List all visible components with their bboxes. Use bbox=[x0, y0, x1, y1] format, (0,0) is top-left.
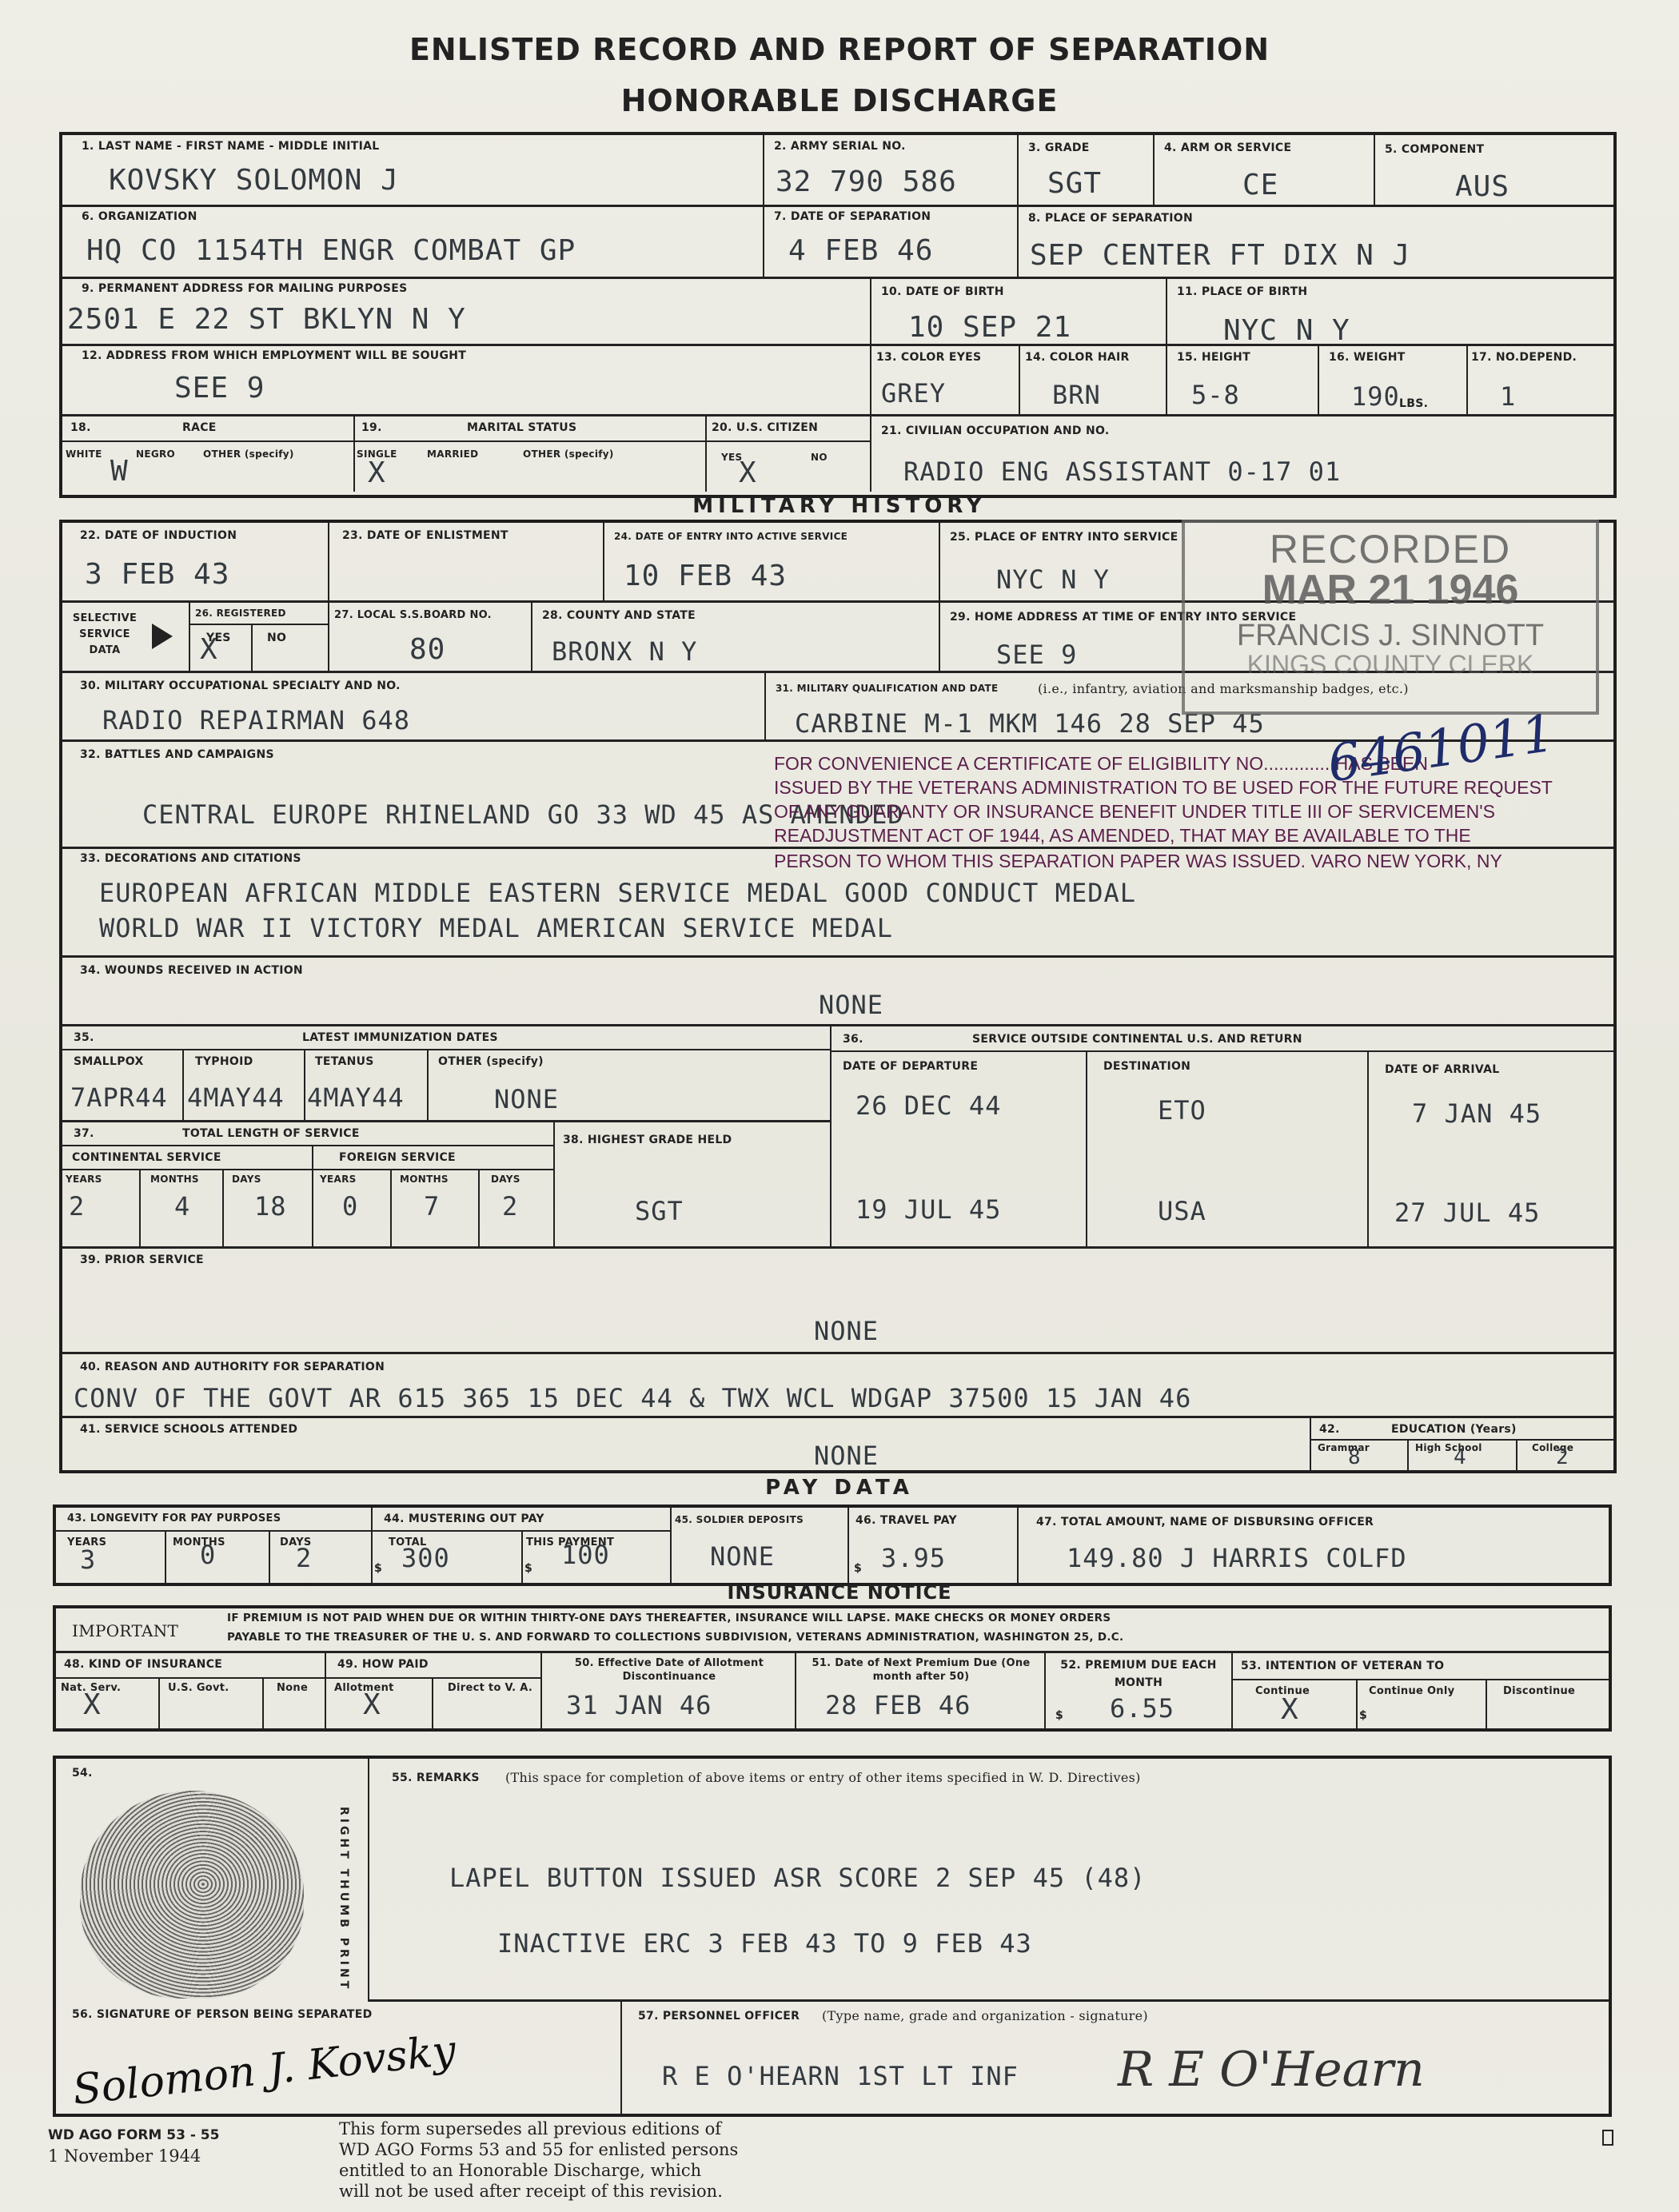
field-38-value: SGT bbox=[635, 1196, 684, 1226]
field-39-prior-service: 39. PRIOR SERVICE NONE bbox=[62, 1249, 1613, 1354]
longevity-days: 2 bbox=[296, 1543, 312, 1573]
foreign-service-heading: FOREIGN SERVICE bbox=[339, 1151, 456, 1164]
field-6-label: 6. ORGANIZATION bbox=[82, 210, 197, 223]
registered-mark: X bbox=[200, 633, 217, 666]
field-14-value: BRN bbox=[1052, 380, 1101, 410]
field-27-value: 80 bbox=[409, 633, 445, 666]
continental-days: 18 bbox=[254, 1191, 287, 1222]
field-40-value: CONV OF THE GOVT AR 615 365 15 DEC 44 & … bbox=[74, 1383, 1191, 1413]
insurance-notice-line-1: IF PREMIUM IS NOT PAID WHEN DUE OR WITHI… bbox=[227, 1612, 1111, 1624]
field-32-label: 32. BATTLES AND CAMPAIGNS bbox=[80, 748, 274, 761]
field-42-label: 42. bbox=[1319, 1423, 1340, 1436]
race-mark: W bbox=[110, 455, 128, 488]
field-35-immunization: 35. LATEST IMMUNIZATION DATES SMALLPOX T… bbox=[62, 1026, 832, 1122]
overseas-arrival-2: 27 JUL 45 bbox=[1394, 1198, 1540, 1228]
immunization-col-other: OTHER (specify) bbox=[438, 1055, 544, 1068]
immunization-tetanus: 4MAY44 bbox=[307, 1082, 405, 1113]
pay-data-box: 43. LONGEVITY FOR PAY PURPOSES YEARS MON… bbox=[53, 1505, 1612, 1586]
overseas-col-departure: DATE OF DEPARTURE bbox=[843, 1060, 978, 1073]
selective-service-data: SELECTIVE SERVICE DATA bbox=[62, 603, 190, 673]
field-6-organization: 6. ORGANIZATION HQ CO 1154TH ENGR COMBAT… bbox=[62, 207, 764, 279]
field-30-value: RADIO REPAIRMAN 648 bbox=[102, 705, 410, 735]
field-24-value: 10 FEB 43 bbox=[624, 560, 787, 592]
field-57-label: 57. PERSONNEL OFFICER bbox=[638, 2010, 800, 2023]
field-57-hint: (Type name, grade and organization - sig… bbox=[822, 2008, 1148, 2023]
selective-service-label: SELECTIVE SERVICE DATA bbox=[69, 611, 141, 659]
field-12-value: SEE 9 bbox=[174, 372, 265, 405]
field-52-premium: 52. PREMIUM DUE EACH MONTH $ 6.55 bbox=[1046, 1653, 1233, 1728]
field-18-label: 18. bbox=[70, 421, 91, 434]
field-13-value: GREY bbox=[881, 378, 946, 409]
field-45-deposits: 45. SOLDIER DEPOSITS NONE bbox=[672, 1508, 849, 1583]
field-31-label: 31. MILITARY QUALIFICATION AND DATE bbox=[776, 683, 998, 694]
field-21-occupation: 21. CIVILIAN OCCUPATION AND NO. RADIO EN… bbox=[871, 416, 1613, 492]
supersede-note-line-3: entitled to an Honorable Discharge, whic… bbox=[339, 2160, 811, 2181]
field-54-thumbprint: 54. RIGHT THUMB PRINT bbox=[56, 1759, 369, 2002]
travel-pay-currency: $ bbox=[854, 1562, 862, 1575]
overseas-departure-2: 19 JUL 45 bbox=[855, 1194, 1001, 1225]
longevity-years: 3 bbox=[80, 1544, 96, 1575]
recorded-stamp-office: KINGS COUNTY CLERK bbox=[1185, 650, 1596, 680]
field-26-registered: 26. REGISTERED YES NO X bbox=[190, 603, 329, 673]
field-22-induction: 22. DATE OF INDUCTION 3 FEB 43 bbox=[62, 523, 329, 603]
field-35-label: 35. bbox=[74, 1031, 94, 1044]
insurance-notice-line-2: PAYABLE TO THE TREASURER OF THE U. S. AN… bbox=[227, 1631, 1123, 1644]
marital-option-other: OTHER (specify) bbox=[523, 448, 614, 460]
field-22-label: 22. DATE OF INDUCTION bbox=[80, 529, 237, 542]
field-41-value: NONE bbox=[814, 1441, 879, 1471]
field-27-label: 27. LOCAL S.S.BOARD NO. bbox=[334, 609, 492, 621]
longevity-months: 0 bbox=[200, 1540, 216, 1570]
field-11-pob: 11. PLACE OF BIRTH NYC N Y bbox=[1167, 279, 1613, 346]
field-28-label: 28. COUNTY AND STATE bbox=[542, 609, 696, 622]
recorded-stamp-name: FRANCIS J. SINNOTT bbox=[1185, 619, 1596, 653]
supersede-note-line-2: WD AGO Forms 53 and 55 for enlisted pers… bbox=[339, 2139, 811, 2160]
mustering-this-payment: 100 bbox=[561, 1540, 610, 1570]
longevity-months-label: MONTHS bbox=[173, 1536, 225, 1548]
field-1-name: 1. LAST NAME - FIRST NAME - MIDDLE INITI… bbox=[62, 135, 764, 207]
field-45-value: NONE bbox=[710, 1541, 775, 1572]
field-48-kind: 48. KIND OF INSURANCE Nat. Serv. U.S. Go… bbox=[56, 1653, 326, 1728]
intention-option-discontinue: Discontinue bbox=[1503, 1685, 1575, 1697]
education-grammar: 8 bbox=[1348, 1445, 1362, 1469]
field-24-active-service: 24. DATE OF ENTRY INTO ACTIVE SERVICE 10… bbox=[604, 523, 940, 603]
field-47-value: 149.80 J HARRIS COLFD bbox=[1067, 1543, 1407, 1573]
field-22-value: 3 FEB 43 bbox=[85, 558, 229, 591]
overseas-departure-1: 26 DEC 44 bbox=[855, 1090, 1001, 1121]
field-17-dependents: 17. NO.DEPEND. 1 bbox=[1468, 346, 1613, 416]
field-38-label: 38. HIGHEST GRADE HELD bbox=[563, 1134, 732, 1146]
field-14-label: 14. COLOR HAIR bbox=[1025, 351, 1130, 364]
field-11-value: NYC N Y bbox=[1223, 314, 1350, 347]
field-26-label: 26. REGISTERED bbox=[195, 608, 286, 619]
field-49-label: 49. HOW PAID bbox=[337, 1658, 429, 1671]
field-50-allotment-discontinuance: 50. Effective Date of Allotment Disconti… bbox=[542, 1653, 796, 1728]
right-thumb-print-label: RIGHT THUMB PRINT bbox=[337, 1807, 350, 1991]
field-42-education: 42. EDUCATION (Years) Grammar High Schoo… bbox=[1311, 1418, 1613, 1470]
field-2-value: 32 790 586 bbox=[776, 165, 957, 198]
insurance-option-none: None bbox=[277, 1682, 308, 1694]
mustering-total-currency: $ bbox=[374, 1562, 382, 1575]
field-10-dob: 10. DATE OF BIRTH 10 SEP 21 bbox=[871, 279, 1167, 346]
continental-years-label: YEARS bbox=[66, 1174, 102, 1185]
overseas-col-arrival: DATE OF ARRIVAL bbox=[1385, 1063, 1499, 1076]
field-46-value: 3.95 bbox=[881, 1543, 946, 1573]
foreign-days-label: DAYS bbox=[491, 1174, 520, 1185]
immunization-col-tetanus: TETANUS bbox=[315, 1055, 374, 1068]
field-55-hint: (This space for completion of above item… bbox=[505, 1770, 1141, 1785]
field-29-value: SEE 9 bbox=[996, 640, 1077, 670]
field-36-label: 36. bbox=[843, 1033, 863, 1046]
va-stamp-line-4: READJUSTMENT ACT OF 1944, AS AMENDED, TH… bbox=[774, 823, 1471, 847]
field-36-overseas: 36. SERVICE OUTSIDE CONTINENTAL U.S. AND… bbox=[832, 1026, 1613, 1249]
immunization-smallpox: 7APR44 bbox=[70, 1082, 168, 1113]
remarks-signature-box: 54. RIGHT THUMB PRINT 55. REMARKS (This … bbox=[53, 1756, 1612, 2117]
premium-currency: $ bbox=[1055, 1709, 1063, 1722]
field-51-label: 51. Date of Next Premium Due (One month … bbox=[801, 1656, 1041, 1684]
insurance-notice: IMPORTANT IF PREMIUM IS NOT PAID WHEN DU… bbox=[56, 1608, 1609, 1653]
field-40-label: 40. REASON AND AUTHORITY FOR SEPARATION bbox=[80, 1361, 385, 1373]
field-25-value: NYC N Y bbox=[996, 564, 1110, 595]
form-identifier: WD AGO FORM 53 - 55 1 November 1944 bbox=[48, 2125, 219, 2166]
field-16-unit: LBS. bbox=[1399, 397, 1428, 410]
foreign-months: 7 bbox=[424, 1191, 440, 1222]
military-history-heading: MILITARY HISTORY bbox=[0, 494, 1679, 518]
field-15-label: 15. HEIGHT bbox=[1177, 351, 1250, 364]
education-col-highschool: High School bbox=[1415, 1442, 1482, 1453]
field-47-label: 47. TOTAL AMOUNT, NAME OF DISBURSING OFF… bbox=[1036, 1516, 1374, 1528]
field-38-highest-grade: 38. HIGHEST GRADE HELD SGT bbox=[555, 1122, 832, 1249]
field-53-intention: 53. INTENTION OF VETERAN TO Continue Con… bbox=[1233, 1653, 1609, 1728]
foreign-years: 0 bbox=[342, 1191, 358, 1222]
immunization-other: NONE bbox=[494, 1084, 559, 1114]
intention-mark: X bbox=[1281, 1693, 1298, 1726]
field-1-value: KOVSKY SOLOMON J bbox=[109, 164, 399, 197]
foreign-months-label: MONTHS bbox=[400, 1174, 449, 1185]
field-2-serial: 2. ARMY SERIAL NO. 32 790 586 bbox=[764, 135, 1019, 207]
field-51-value: 28 FEB 46 bbox=[825, 1690, 971, 1720]
field-55-label: 55. REMARKS bbox=[392, 1772, 480, 1784]
field-1-label: 1. LAST NAME - FIRST NAME - MIDDLE INITI… bbox=[82, 140, 379, 153]
field-30-label: 30. MILITARY OCCUPATIONAL SPECIALTY AND … bbox=[80, 680, 401, 692]
field-20-label: 20. U.S. CITIZEN bbox=[712, 421, 818, 434]
intention-option-continue-only: Continue Only bbox=[1369, 1685, 1454, 1697]
field-53-label: 53. INTENTION OF VETERAN TO bbox=[1241, 1660, 1444, 1672]
field-34-label: 34. WOUNDS RECEIVED IN ACTION bbox=[80, 964, 303, 977]
continental-months: 4 bbox=[174, 1191, 190, 1222]
citizen-mark: X bbox=[739, 456, 756, 489]
field-46-label: 46. TRAVEL PAY bbox=[855, 1514, 957, 1527]
field-43-longevity: 43. LONGEVITY FOR PAY PURPOSES YEARS MON… bbox=[56, 1508, 373, 1583]
foreign-years-label: YEARS bbox=[320, 1174, 357, 1185]
field-23-enlistment: 23. DATE OF ENLISTMENT bbox=[329, 523, 604, 603]
field-16-value: 190 bbox=[1351, 381, 1400, 412]
field-57-personnel-officer: 57. PERSONNEL OFFICER (Type name, grade … bbox=[622, 2002, 1609, 2114]
field-9-label: 9. PERMANENT ADDRESS FOR MAILING PURPOSE… bbox=[82, 282, 407, 295]
form-number: WD AGO FORM 53 - 55 bbox=[48, 2125, 219, 2146]
field-7-label: 7. DATE OF SEPARATION bbox=[774, 210, 931, 223]
overseas-destination-2: USA bbox=[1158, 1196, 1206, 1226]
mustering-this-currency: $ bbox=[524, 1562, 532, 1575]
continental-service-heading: CONTINENTAL SERVICE bbox=[72, 1151, 221, 1164]
field-42-title: EDUCATION (Years) bbox=[1391, 1423, 1517, 1436]
va-stamp-line-3: OF ANY GUARANTY OR INSURANCE BENEFIT UND… bbox=[774, 799, 1495, 823]
field-12-label: 12. ADDRESS FROM WHICH EMPLOYMENT WILL B… bbox=[82, 349, 466, 362]
field-13-label: 13. COLOR EYES bbox=[876, 351, 981, 364]
field-45-label: 45. SOLDIER DEPOSITS bbox=[675, 1514, 804, 1525]
field-21-value: RADIO ENG ASSISTANT 0-17 01 bbox=[903, 456, 1341, 487]
field-3-label: 3. GRADE bbox=[1028, 141, 1090, 154]
separated-person-signature: Solomon J. Kovsky bbox=[70, 2027, 458, 2114]
foreign-days: 2 bbox=[502, 1191, 518, 1222]
field-52-label: 52. PREMIUM DUE EACH MONTH bbox=[1051, 1656, 1226, 1692]
field-25-label: 25. PLACE OF ENTRY INTO SERVICE bbox=[950, 531, 1178, 544]
field-54-label: 54. bbox=[72, 1767, 93, 1780]
education-col-grammar: Grammar bbox=[1318, 1442, 1370, 1453]
field-9-value: 2501 E 22 ST BKLYN N Y bbox=[67, 303, 466, 336]
remarks-line-1: LAPEL BUTTON ISSUED ASR SCORE 2 SEP 45 (… bbox=[449, 1863, 1146, 1893]
form-date: 1 November 1944 bbox=[48, 2146, 219, 2166]
field-41-schools: 41. SERVICE SCHOOLS ATTENDED NONE bbox=[62, 1418, 1311, 1470]
race-option-white: WHITE bbox=[66, 448, 102, 460]
field-49-how-paid: 49. HOW PAID Allotment Direct to V. A. X bbox=[326, 1653, 542, 1728]
field-8-label: 8. PLACE OF SEPARATION bbox=[1028, 212, 1193, 225]
field-5-label: 5. COMPONENT bbox=[1385, 143, 1484, 156]
field-44-mustering-out: 44. MUSTERING OUT PAY TOTAL $ 300 THIS P… bbox=[373, 1508, 672, 1583]
recorded-stamp-date: MAR 21 1946 bbox=[1185, 566, 1596, 614]
immunization-col-smallpox: SMALLPOX bbox=[74, 1055, 144, 1068]
field-43-label: 43. LONGEVITY FOR PAY PURPOSES bbox=[67, 1513, 281, 1524]
field-12-employment-address: 12. ADDRESS FROM WHICH EMPLOYMENT WILL B… bbox=[62, 346, 871, 416]
arrow-right-icon bbox=[152, 624, 173, 649]
field-18-title: RACE bbox=[182, 421, 217, 434]
field-19-title: MARITAL STATUS bbox=[467, 421, 576, 434]
field-17-label: 17. NO.DEPEND. bbox=[1471, 351, 1577, 364]
registered-option-no: NO bbox=[267, 632, 286, 644]
field-16-weight: 16. WEIGHT 190 LBS. bbox=[1319, 346, 1468, 416]
field-37-title: TOTAL LENGTH OF SERVICE bbox=[182, 1127, 360, 1140]
field-35-title: LATEST IMMUNIZATION DATES bbox=[302, 1031, 498, 1044]
field-7-date-separation: 7. DATE OF SEPARATION 4 FEB 46 bbox=[764, 207, 1019, 279]
continue-only-currency: $ bbox=[1359, 1709, 1367, 1722]
continental-years: 2 bbox=[69, 1191, 85, 1222]
field-33-line1: EUROPEAN AFRICAN MIDDLE EASTERN SERVICE … bbox=[99, 878, 1136, 908]
race-option-other: OTHER (specify) bbox=[203, 448, 294, 460]
field-11-label: 11. PLACE OF BIRTH bbox=[1177, 285, 1307, 298]
field-34-value: NONE bbox=[819, 990, 883, 1020]
field-10-value: 10 SEP 21 bbox=[908, 311, 1071, 344]
important-label: IMPORTANT bbox=[72, 1621, 178, 1640]
field-9-address: 9. PERMANENT ADDRESS FOR MAILING PURPOSE… bbox=[62, 279, 871, 346]
marital-mark: X bbox=[368, 456, 385, 489]
field-39-label: 39. PRIOR SERVICE bbox=[80, 1253, 204, 1266]
field-51-next-premium: 51. Date of Next Premium Due (One month … bbox=[796, 1653, 1046, 1728]
field-28-county: 28. COUNTY AND STATE BRONX N Y bbox=[532, 603, 940, 673]
document-title: ENLISTED RECORD AND REPORT OF SEPARATION bbox=[0, 32, 1679, 67]
field-48-label: 48. KIND OF INSURANCE bbox=[64, 1658, 222, 1671]
field-52-value: 6.55 bbox=[1110, 1693, 1175, 1724]
continental-days-label: DAYS bbox=[232, 1174, 261, 1185]
how-paid-mark: X bbox=[363, 1688, 381, 1721]
field-40-reason: 40. REASON AND AUTHORITY FOR SEPARATION … bbox=[62, 1354, 1613, 1418]
field-33-line2: WORLD WAR II VICTORY MEDAL AMERICAN SERV… bbox=[99, 913, 893, 943]
field-19-marital: 19. MARITAL STATUS SINGLE MARRIED OTHER … bbox=[355, 416, 707, 492]
field-16-label: 16. WEIGHT bbox=[1329, 351, 1406, 364]
field-28-value: BRONX N Y bbox=[552, 636, 697, 667]
education-college: 2 bbox=[1556, 1445, 1569, 1469]
insurance-box: IMPORTANT IF PREMIUM IS NOT PAID WHEN DU… bbox=[53, 1605, 1612, 1732]
field-17-value: 1 bbox=[1500, 381, 1516, 412]
education-highschool: 4 bbox=[1454, 1445, 1467, 1469]
field-15-value: 5-8 bbox=[1191, 380, 1240, 410]
field-47-total-amount: 47. TOTAL AMOUNT, NAME OF DISBURSING OFF… bbox=[1019, 1508, 1609, 1583]
field-56-signature-separated: 56. SIGNATURE OF PERSON BEING SEPARATED … bbox=[56, 2002, 622, 2114]
field-13-eyes: 13. COLOR EYES GREY bbox=[871, 346, 1020, 416]
personnel-officer-signature: R E O'Hearn bbox=[1118, 2042, 1425, 2098]
thumbprint-image bbox=[80, 1791, 304, 1999]
field-41-label: 41. SERVICE SCHOOLS ATTENDED bbox=[80, 1423, 297, 1436]
personal-data-box: 1. LAST NAME - FIRST NAME - MIDDLE INITI… bbox=[59, 132, 1617, 498]
overseas-arrival-1: 7 JAN 45 bbox=[1412, 1098, 1541, 1129]
immunization-typhoid: 4MAY44 bbox=[187, 1082, 285, 1113]
va-stamp-line-5: PERSON TO WHOM THIS SEPARATION PAPER WAS… bbox=[774, 849, 1502, 873]
field-20-citizen: 20. U.S. CITIZEN YES NO X bbox=[707, 416, 871, 492]
field-46-travel-pay: 46. TRAVEL PAY $ 3.95 bbox=[849, 1508, 1019, 1583]
insurance-option-usgovt: U.S. Govt. bbox=[168, 1682, 229, 1694]
overseas-destination-1: ETO bbox=[1158, 1095, 1206, 1126]
pay-data-heading: PAY DATA bbox=[0, 1476, 1679, 1500]
field-14-hair: 14. COLOR HAIR BRN bbox=[1020, 346, 1167, 416]
field-3-grade: 3. GRADE SGT bbox=[1019, 135, 1155, 207]
field-8-value: SEP CENTER FT DIX N J bbox=[1030, 239, 1410, 272]
field-30-mos: 30. MILITARY OCCUPATIONAL SPECIALTY AND … bbox=[62, 673, 766, 742]
field-10-label: 10. DATE OF BIRTH bbox=[881, 285, 1004, 298]
field-21-label: 21. CIVILIAN OCCUPATION AND NO. bbox=[881, 424, 1110, 437]
form-supersede-note: This form supersedes all previous editio… bbox=[339, 2118, 811, 2202]
field-56-label: 56. SIGNATURE OF PERSON BEING SEPARATED bbox=[72, 2008, 373, 2021]
field-50-value: 31 JAN 46 bbox=[566, 1690, 712, 1720]
immunization-col-typhoid: TYPHOID bbox=[195, 1055, 253, 1068]
field-6-value: HQ CO 1154TH ENGR COMBAT GP bbox=[86, 234, 576, 267]
field-5-value: AUS bbox=[1455, 170, 1510, 203]
field-4-arm: 4. ARM OR SERVICE CE bbox=[1155, 135, 1375, 207]
citizen-option-no: NO bbox=[811, 452, 828, 463]
field-33-label: 33. DECORATIONS AND CITATIONS bbox=[80, 852, 301, 865]
field-19-label: 19. bbox=[361, 421, 382, 434]
field-50-label: 50. Effective Date of Allotment Disconti… bbox=[553, 1656, 785, 1684]
field-57-value: R E O'HEARN 1ST LT INF bbox=[662, 2061, 1019, 2091]
field-8-place-separation: 8. PLACE OF SEPARATION SEP CENTER FT DIX… bbox=[1019, 207, 1613, 279]
field-37-label: 37. bbox=[74, 1127, 94, 1140]
field-39-value: NONE bbox=[814, 1316, 879, 1346]
field-2-label: 2. ARMY SERIAL NO. bbox=[774, 140, 906, 153]
field-7-value: 4 FEB 46 bbox=[788, 234, 933, 267]
field-3-value: SGT bbox=[1047, 167, 1102, 200]
field-4-label: 4. ARM OR SERVICE bbox=[1164, 141, 1291, 154]
field-18-race: 18. RACE WHITE NEGRO OTHER (specify) W bbox=[62, 416, 355, 492]
remarks-line-2: INACTIVE ERC 3 FEB 43 TO 9 FEB 43 bbox=[497, 1928, 1032, 1959]
document-subtitle: HONORABLE DISCHARGE bbox=[0, 83, 1679, 118]
field-36-title: SERVICE OUTSIDE CONTINENTAL U.S. AND RET… bbox=[972, 1033, 1302, 1046]
field-37-length-of-service: 37. TOTAL LENGTH OF SERVICE CONTINENTAL … bbox=[62, 1122, 555, 1249]
field-44-label: 44. MUSTERING OUT PAY bbox=[384, 1513, 544, 1525]
how-paid-option-direct: Direct to V. A. bbox=[446, 1682, 534, 1694]
overseas-col-destination: DESTINATION bbox=[1103, 1060, 1190, 1073]
field-15-height: 15. HEIGHT 5-8 bbox=[1167, 346, 1319, 416]
supersede-note-line-1: This form supersedes all previous editio… bbox=[339, 2118, 811, 2139]
marital-option-married: MARRIED bbox=[427, 448, 478, 460]
supersede-note-line-4: will not be used after receipt of this r… bbox=[339, 2181, 811, 2202]
field-23-label: 23. DATE OF ENLISTMENT bbox=[342, 529, 508, 542]
corner-checkbox-mark bbox=[1602, 2130, 1613, 2146]
field-27-board: 27. LOCAL S.S.BOARD NO. 80 bbox=[329, 603, 532, 673]
race-option-negro: NEGRO bbox=[136, 448, 175, 460]
field-34-wounds: 34. WOUNDS RECEIVED IN ACTION NONE bbox=[62, 958, 1613, 1026]
field-55-remarks: 55. REMARKS (This space for completion o… bbox=[369, 1759, 1609, 2002]
field-24-label: 24. DATE OF ENTRY INTO ACTIVE SERVICE bbox=[614, 531, 847, 542]
field-4-value: CE bbox=[1242, 169, 1278, 201]
continental-months-label: MONTHS bbox=[150, 1174, 199, 1185]
field-5-component: 5. COMPONENT AUS bbox=[1375, 135, 1613, 207]
insurance-kind-mark: X bbox=[83, 1688, 101, 1721]
insurance-notice-heading: INSURANCE NOTICE bbox=[0, 1581, 1679, 1604]
recorded-stamp: RECORDED MAR 21 1946 FRANCIS J. SINNOTT … bbox=[1182, 520, 1599, 715]
mustering-total: 300 bbox=[401, 1543, 450, 1573]
